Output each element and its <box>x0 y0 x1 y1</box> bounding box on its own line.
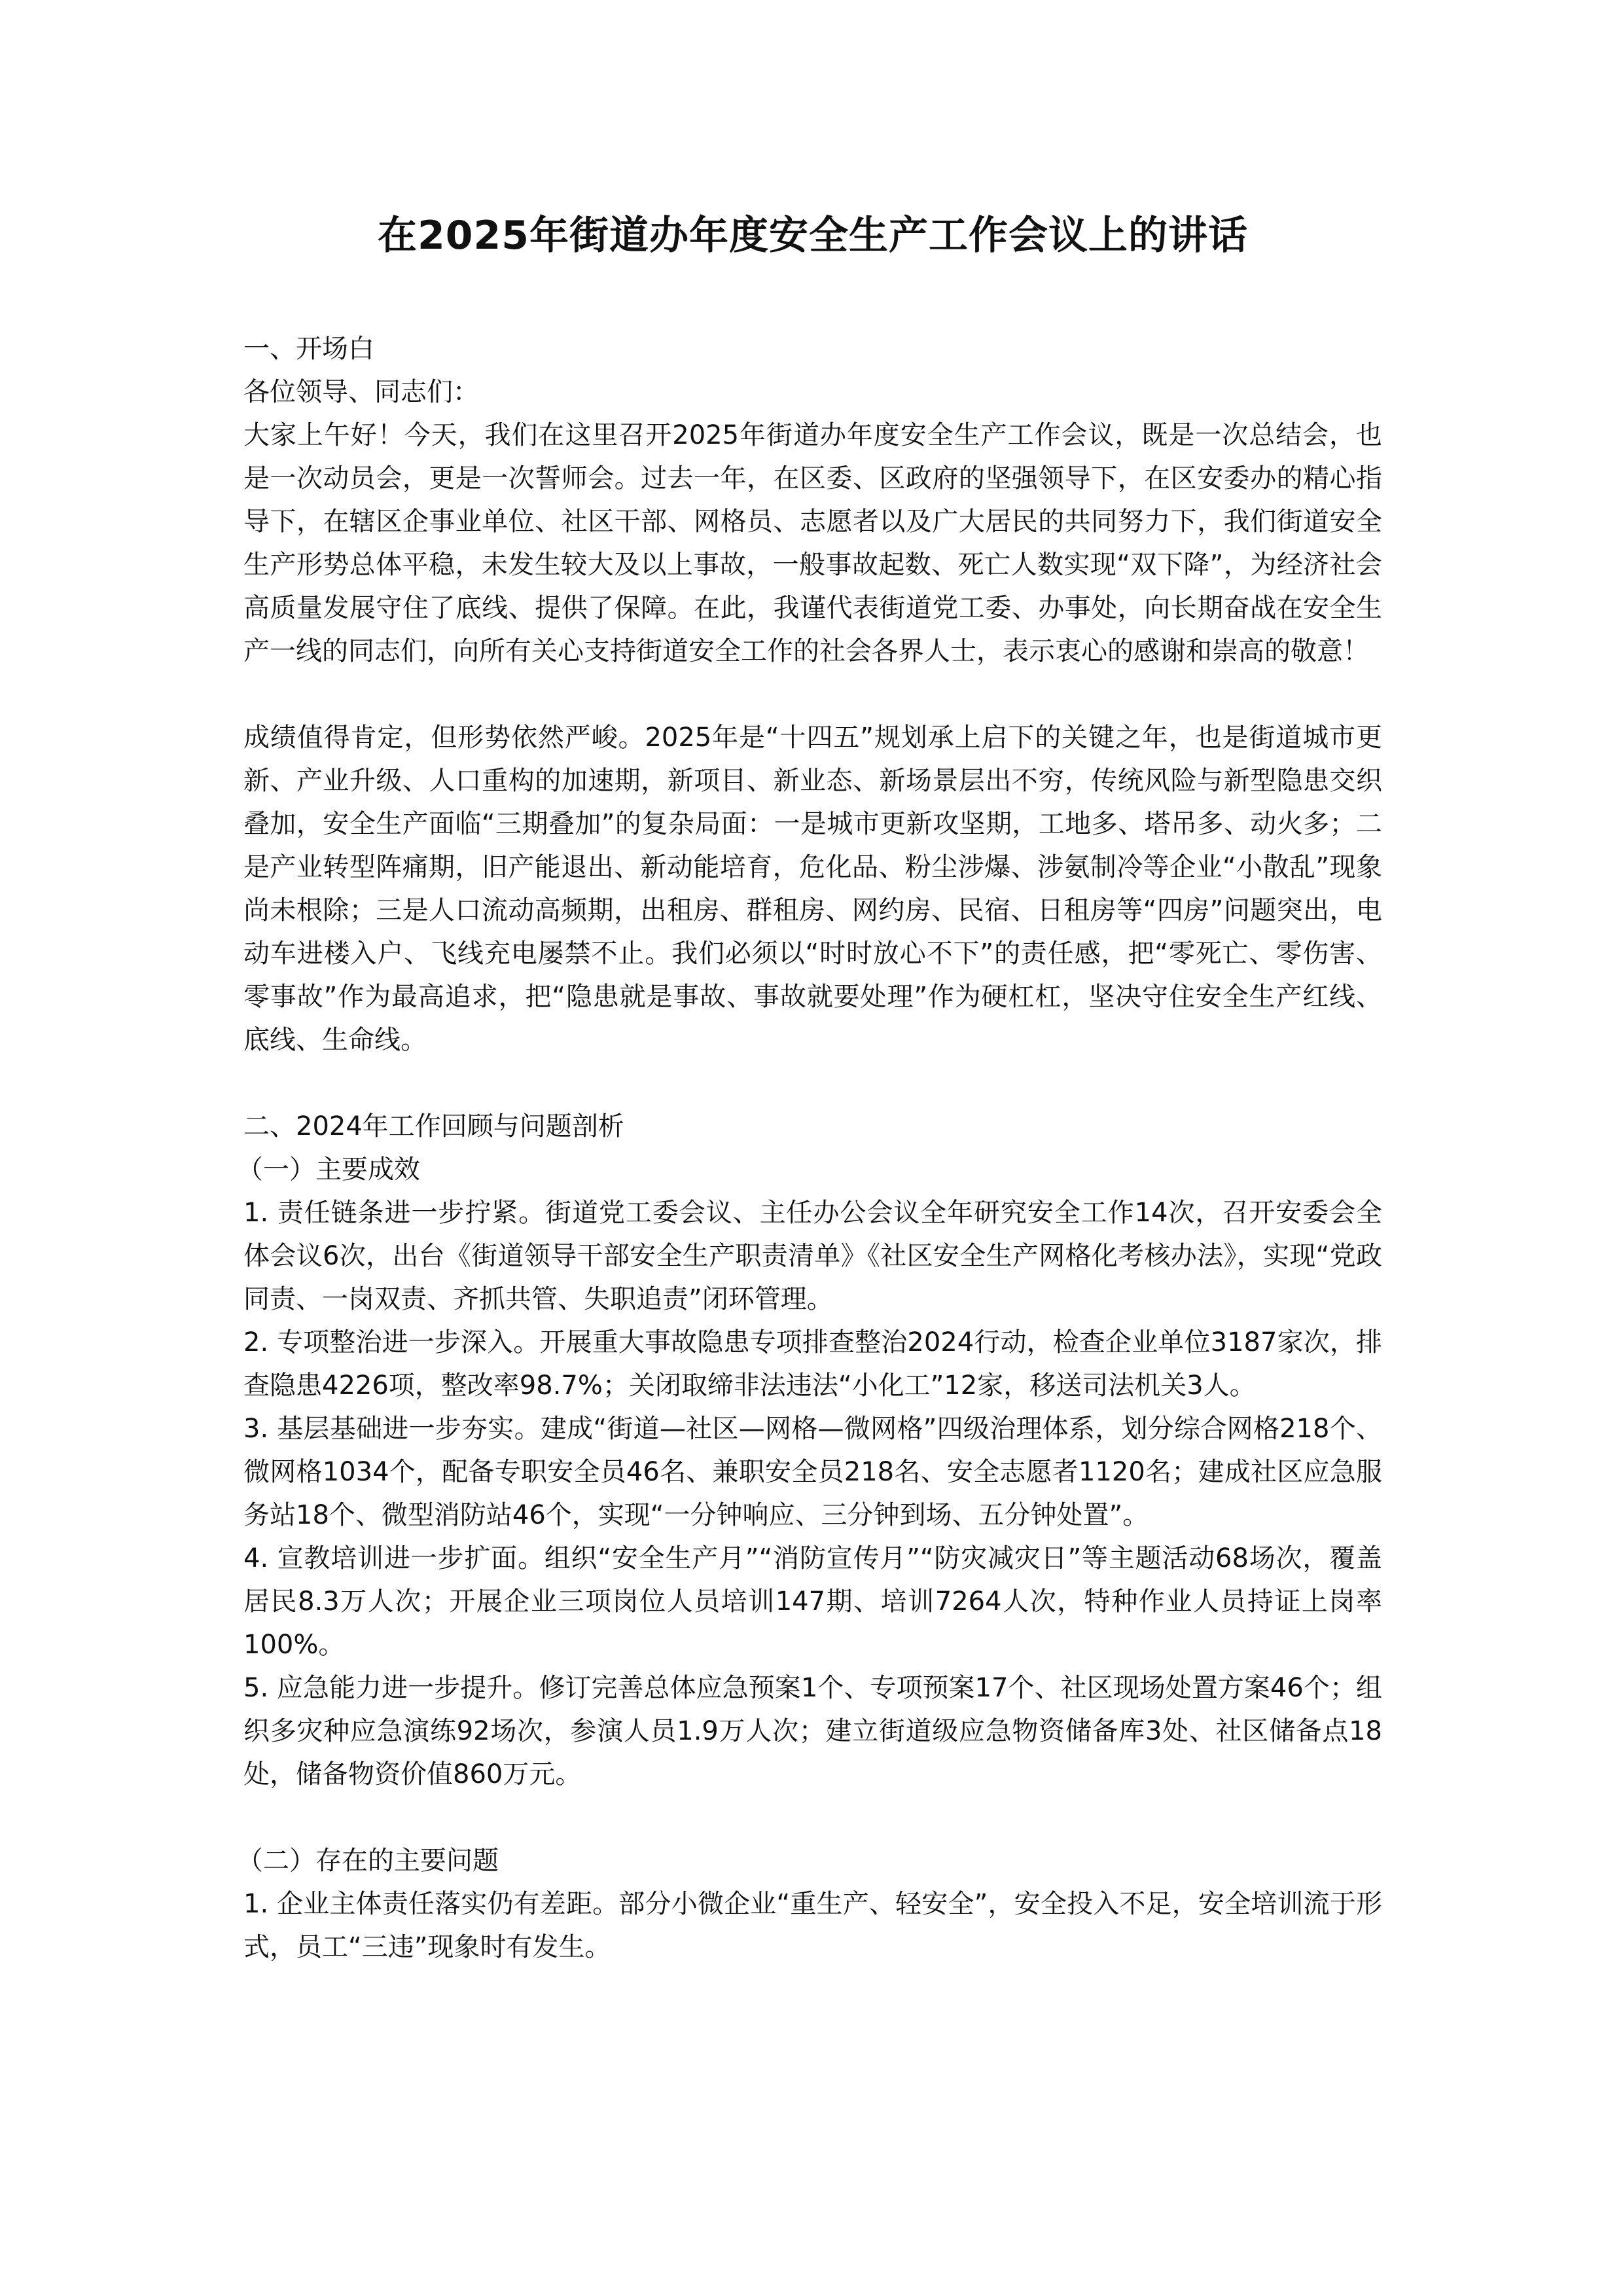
list-item-achievement: 5. 应急能力进一步提升。修订完善总体应急预案1个、专项预案17个、社区现场处置… <box>243 1666 1382 1796</box>
subsection-heading-achievements: （一）主要成效 <box>243 1148 1382 1191</box>
subsection-heading-problems: （二）存在的主要问题 <box>243 1839 1382 1882</box>
list-item-achievement: 1. 责任链条进一步拧紧。街道党工委会议、主任办公会议全年研究安全工作14次，召… <box>243 1191 1382 1321</box>
list-item-problem: 1. 企业主体责任落实仍有差距。部分小微企业“重生产、轻安全”，安全投入不足，安… <box>243 1882 1382 1969</box>
document-body: 一、开场白 各位领导、同志们： 大家上午好！今天，我们在这里召开2025年街道办… <box>243 327 1382 1969</box>
list-item-achievement: 4. 宣教培训进一步扩面。组织“安全生产月”“消防宣传月”“防灾减灾日”等主题活… <box>243 1537 1382 1666</box>
document-title: 在2025年街道办年度安全生产工作会议上的讲话 <box>243 209 1382 262</box>
section-heading-opening: 一、开场白 <box>243 327 1382 370</box>
spacer <box>243 1062 1382 1105</box>
paragraph-greeting: 大家上午好！今天，我们在这里召开2025年街道办年度安全生产工作会议，既是一次总… <box>243 414 1382 673</box>
list-item-achievement: 2. 专项整治进一步深入。开展重大事故隐患专项排查整治2024行动，检查企业单位… <box>243 1321 1382 1407</box>
list-item-achievement: 3. 基层基础进一步夯实。建成“街道—社区—网格—微网格”四级治理体系，划分综合… <box>243 1407 1382 1537</box>
spacer <box>243 1796 1382 1839</box>
spacer <box>243 673 1382 716</box>
salutation: 各位领导、同志们： <box>243 370 1382 414</box>
section-heading-review: 二、2024年工作回顾与问题剖析 <box>243 1105 1382 1148</box>
paragraph-situation: 成绩值得肯定，但形势依然严峻。2025年是“十四五”规划承上启下的关键之年，也是… <box>243 716 1382 1062</box>
